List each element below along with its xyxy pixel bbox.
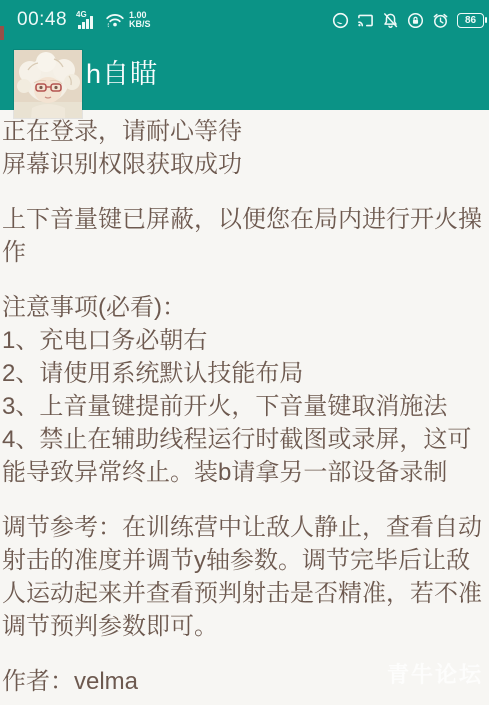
- content-line: 3、上音量键提前开火，下音量键取消施法: [2, 390, 489, 423]
- lock-circle-icon: [407, 12, 424, 29]
- content-line: 上下音量键已屏蔽，以便您在局内进行开火操作: [2, 203, 489, 269]
- battery-percent: 86: [465, 15, 476, 26]
- content-line: 1、充电口务必朝右: [2, 324, 489, 357]
- content-line: 屏幕识别权限获取成功: [2, 148, 489, 181]
- content-line: 正在登录，请耐心等待: [2, 115, 489, 148]
- network-speed: 1.00 KB/S: [129, 11, 151, 29]
- content-line: 调节参考：在训练营中让敌人静止，查看自动射击的准度并调节y轴参数。调节完毕后让敌…: [2, 511, 489, 643]
- battery-icon: 86: [457, 13, 484, 28]
- signal-bars-icon: 4G: [76, 11, 99, 30]
- avatar: [14, 50, 82, 118]
- content-line: 4、禁止在辅助线程运行时截图或录屏，这可能导致异常终止。装b请拿另一部设备录制: [2, 423, 489, 489]
- content-text: 正在登录，请耐心等待屏幕识别权限获取成功上下音量键已屏蔽，以便您在局内进行开火操…: [0, 110, 489, 698]
- speed-unit: KB/S: [129, 20, 151, 29]
- status-bar: 00:48 4G 1.00 KB/S: [0, 5, 489, 35]
- alarm-clock-icon: [432, 12, 449, 29]
- watermark-text: 青牛论坛: [387, 658, 483, 689]
- app-title: h自瞄: [86, 52, 158, 91]
- content-line: 2、请使用系统默认技能布局: [2, 357, 489, 390]
- content-line: 注意事项(必看)：: [2, 291, 489, 324]
- phone-screen: 00:48 4G 1.00 KB/S: [0, 0, 489, 705]
- record-circle-icon: [332, 12, 349, 29]
- clock-text: 00:48: [17, 9, 67, 31]
- wifi-icon: [105, 11, 125, 29]
- cast-icon: [357, 12, 374, 29]
- bell-off-icon: [382, 12, 399, 29]
- status-icons-group: 86: [332, 12, 484, 29]
